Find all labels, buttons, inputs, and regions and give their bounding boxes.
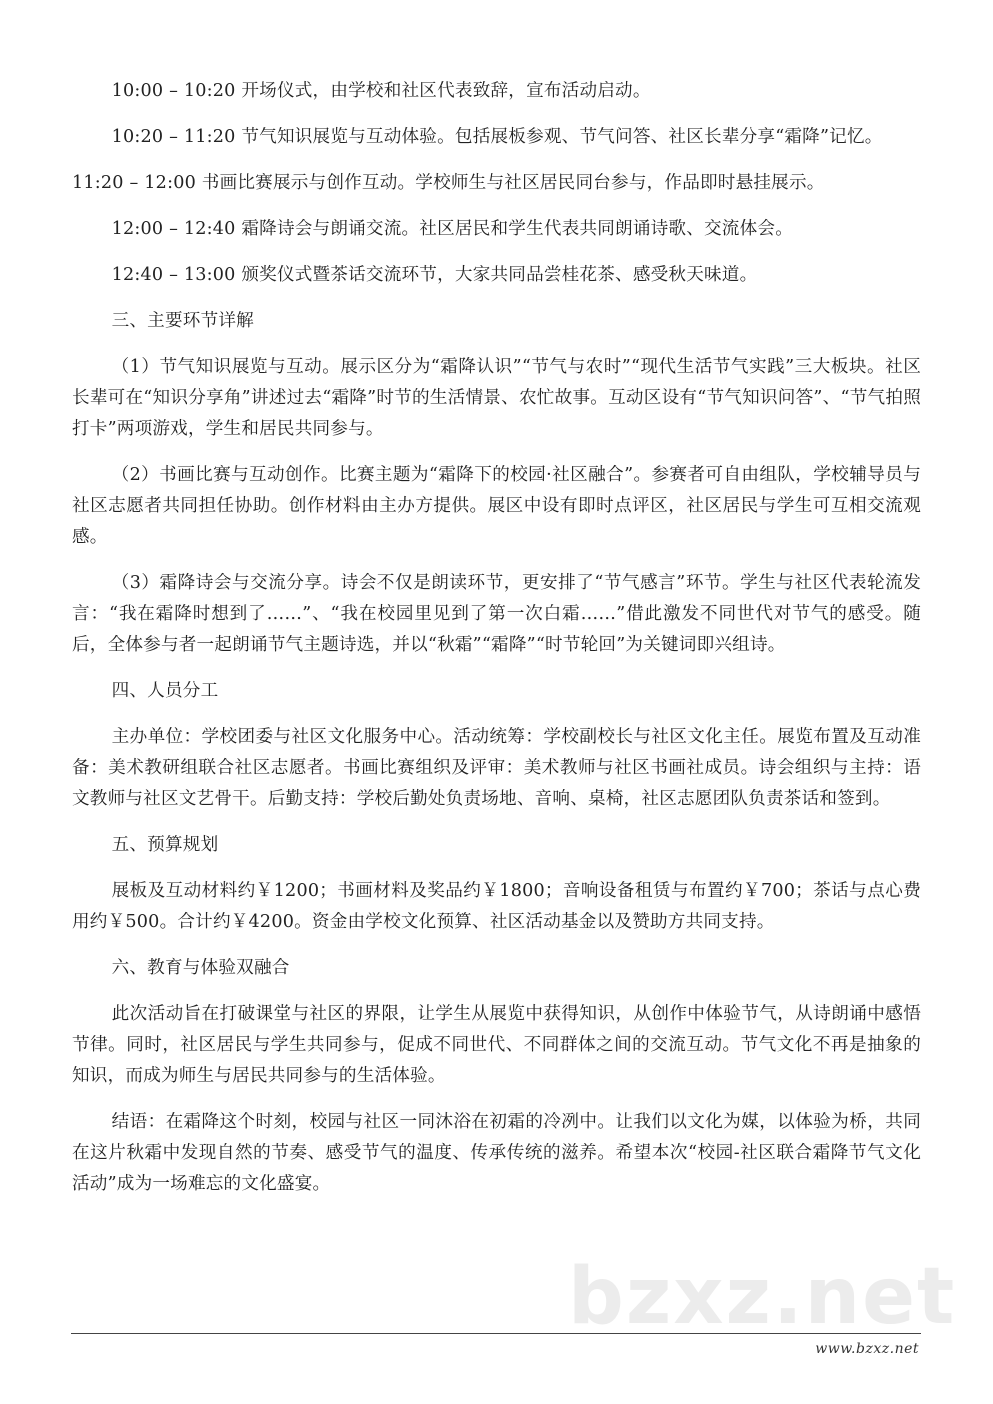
section-heading-staffing: 四、人员分工 (72, 676, 921, 707)
segment-detail-poetry: （3）霜降诗会与交流分享。诗会不仅是朗读环节，更安排了“节气感言”环节。学生与社… (72, 568, 921, 661)
budget-paragraph: 展板及互动材料约￥1200；书画材料及奖品约￥1800；音响设备租赁与布置约￥7… (72, 876, 921, 938)
section-heading-main-segments: 三、主要环节详解 (72, 306, 921, 337)
section-heading-budget: 五、预算规划 (72, 830, 921, 861)
education-paragraph: 此次活动旨在打破课堂与社区的界限，让学生从展览中获得知识，从创作中体验节气，从诗… (72, 999, 921, 1092)
section-heading-education: 六、教育与体验双融合 (72, 953, 921, 984)
schedule-item-opening: 10:00 – 10:20 开场仪式，由学校和社区代表致辞，宣布活动启动。 (72, 76, 921, 107)
segment-detail-calligraphy: （2）书画比赛与互动创作。比赛主题为“霜降下的校园·社区融合”。参赛者可自由组队… (72, 460, 921, 553)
schedule-item-exhibition: 10:20 – 11:20 节气知识展览与互动体验。包括展板参观、节气问答、社区… (72, 122, 921, 153)
staffing-paragraph: 主办单位：学校团委与社区文化服务中心。活动统筹：学校副校长与社区文化主任。展览布… (72, 722, 921, 815)
segment-detail-exhibition: （1）节气知识展览与互动。展示区分为“霜降认识”“节气与农时”“现代生活节气实践… (72, 352, 921, 445)
schedule-item-awards: 12:40 – 13:00 颁奖仪式暨茶话交流环节，大家共同品尝桂花茶、感受秋天… (72, 260, 921, 291)
schedule-item-poetry: 12:00 – 12:40 霜降诗会与朗诵交流。社区居民和学生代表共同朗诵诗歌、… (72, 214, 921, 245)
document-body: 10:00 – 10:20 开场仪式，由学校和社区代表致辞，宣布活动启动。 10… (72, 76, 921, 1200)
schedule-item-calligraphy: 11:20 – 12:00 书画比赛展示与创作互动。学校师生与社区居民同台参与，… (72, 168, 921, 199)
footer-divider (71, 1333, 921, 1334)
watermark-logo: bzxz.net (568, 1262, 956, 1332)
footer-url: www.bzxz.net (815, 1341, 919, 1357)
conclusion-paragraph: 结语：在霜降这个时刻，校园与社区一同沐浴在初霜的冷冽中。让我们以文化为媒，以体验… (72, 1107, 921, 1200)
